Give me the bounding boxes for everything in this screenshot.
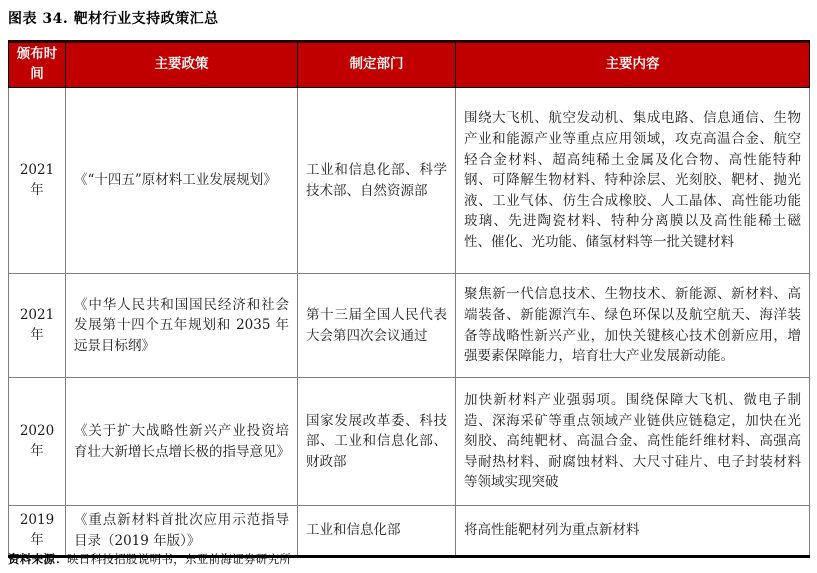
- table-row: 2021 年 《中华人民共和国国民经济和社会发展第十四个五年规划和 2035 年…: [9, 274, 810, 378]
- policy-cell: 《“十四五”原材料工业发展规划》: [66, 88, 298, 274]
- figure-title: 图表 34. 靶材行业支持政策汇总: [8, 8, 219, 28]
- table-header-row: 颁布时间 主要政策 制定部门 主要内容: [9, 42, 810, 88]
- time-unit: 年: [11, 326, 63, 346]
- time-year: 2019: [11, 511, 63, 531]
- time-year: 2021: [11, 306, 63, 326]
- time-cell: 2019 年: [9, 506, 66, 557]
- column-header-policy: 主要政策: [66, 42, 298, 88]
- department-cell: 国家发展改革委、科技部、工业和信息化部、财政部: [298, 378, 456, 506]
- policy-table: 颁布时间 主要政策 制定部门 主要内容 2021 年 《“十四五”原材料工业发展…: [8, 40, 810, 558]
- time-unit: 年: [11, 442, 63, 462]
- time-cell: 2021 年: [9, 274, 66, 378]
- source-note: 资料来源：映日科技招股说明书，东亚前海证券研究所: [8, 551, 291, 567]
- time-unit: 年: [11, 531, 63, 551]
- time-year: 2020: [11, 422, 63, 442]
- source-label: 资料来源：: [8, 552, 67, 566]
- time-unit: 年: [11, 181, 63, 201]
- column-header-time: 颁布时间: [9, 42, 66, 88]
- column-header-content: 主要内容: [456, 42, 810, 88]
- time-cell: 2020 年: [9, 378, 66, 506]
- department-cell: 工业和信息化部: [298, 506, 456, 557]
- department-cell: 工业和信息化部、科学技术部、自然资源部: [298, 88, 456, 274]
- column-header-dept: 制定部门: [298, 42, 456, 88]
- table-row: 2020 年 《关于扩大战略性新兴产业投资培育壮大新增长点增长极的指导意见》 国…: [9, 378, 810, 506]
- content-cell: 将高性能靶材列为重点新材料: [456, 506, 810, 557]
- report-page: 图表 34. 靶材行业支持政策汇总 颁布时间 主要政策 制定部门 主要内容 20…: [0, 0, 817, 573]
- time-year: 2021: [11, 161, 63, 181]
- policy-cell: 《中华人民共和国国民经济和社会发展第十四个五年规划和 2035 年远景目标纲》: [66, 274, 298, 378]
- policy-cell: 《重点新材料首批次应用示范指导目录（2019 年版）》: [66, 506, 298, 557]
- policy-cell: 《关于扩大战略性新兴产业投资培育壮大新增长点增长极的指导意见》: [66, 378, 298, 506]
- content-cell: 围绕大飞机、航空发动机、集成电路、信息通信、生物产业和能源产业等重点应用领域，攻…: [456, 88, 810, 274]
- source-text: 映日科技招股说明书，东亚前海证券研究所: [67, 552, 291, 566]
- table-row: 2021 年 《“十四五”原材料工业发展规划》 工业和信息化部、科学技术部、自然…: [9, 88, 810, 274]
- department-cell: 第十三届全国人民代表大会第四次会议通过: [298, 274, 456, 378]
- content-cell: 加快新材料产业强弱项。围绕保障大飞机、微电子制造、深海采矿等重点领域产业链供应链…: [456, 378, 810, 506]
- table-row: 2019 年 《重点新材料首批次应用示范指导目录（2019 年版）》 工业和信息…: [9, 506, 810, 557]
- content-cell: 聚焦新一代信息技术、生物技术、新能源、新材料、高端装备、新能源汽车、绿色环保以及…: [456, 274, 810, 378]
- time-cell: 2021 年: [9, 88, 66, 274]
